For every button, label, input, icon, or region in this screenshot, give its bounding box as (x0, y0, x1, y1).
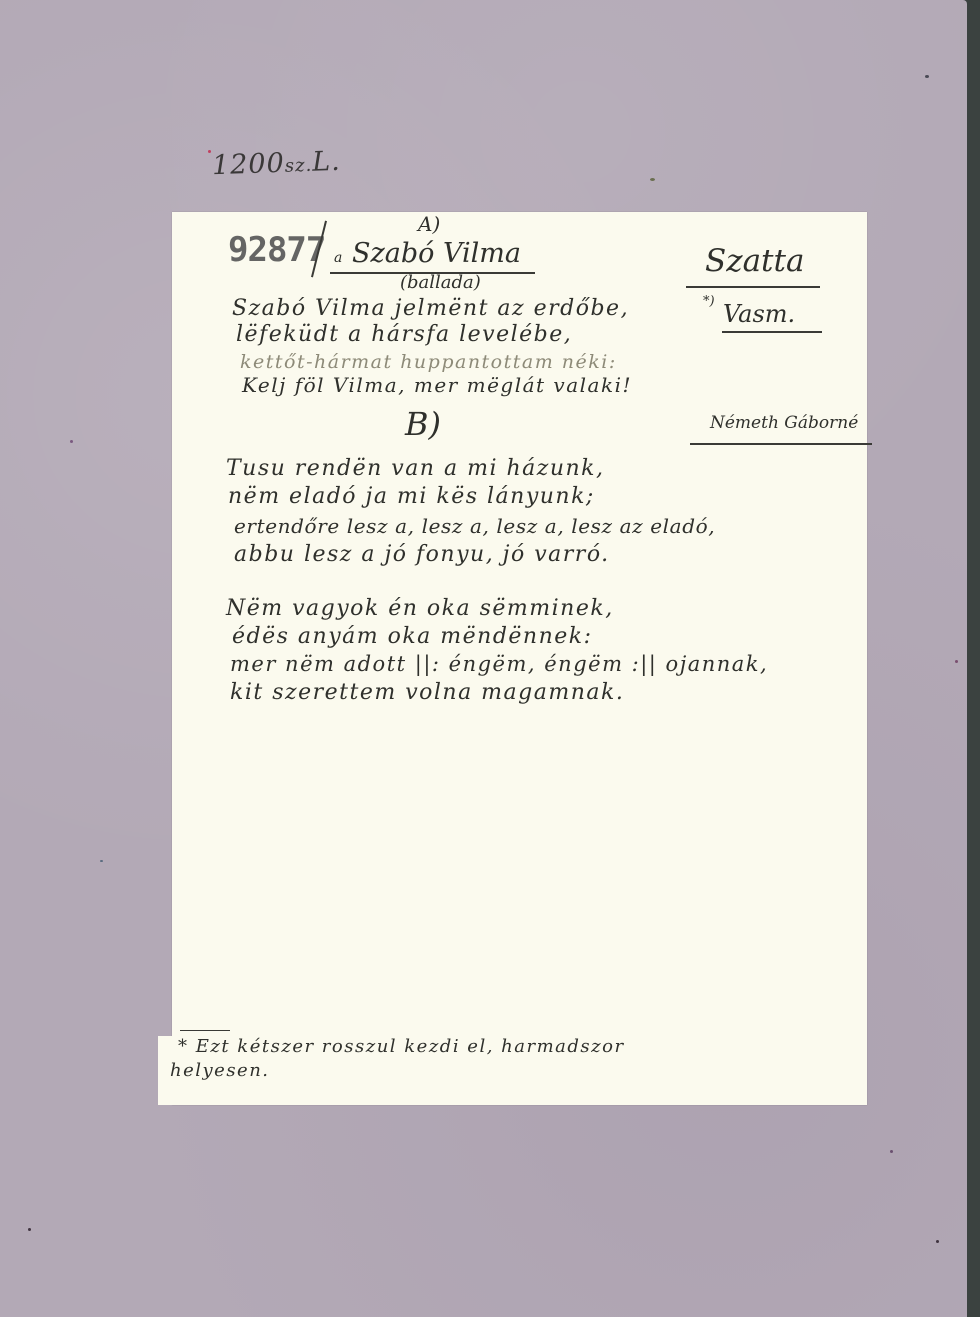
fiber-speck (100, 860, 103, 862)
scanner-edge (967, 0, 980, 1317)
verse-a-line-3: kettőt-hármat huppantottam néki: (240, 351, 617, 373)
footnote-line-1: * Ezt kétszer rosszul kezdi el, harmadsz… (178, 1036, 625, 1057)
fiber-speck (890, 1150, 893, 1153)
song-title: Szabó Vilma (352, 238, 521, 269)
verse-b2-line-4: kit szerettem volna magamnak. (230, 680, 624, 705)
catalog-note-sz: sz. (284, 155, 312, 177)
catalog-note: 1200sz.L. (211, 146, 341, 181)
song-genre: (ballada) (400, 272, 481, 293)
catalog-note-tail: L. (312, 146, 342, 178)
footnote-marker: *) (703, 294, 715, 309)
catalog-note-number: 1200 (211, 148, 285, 182)
verse-b1-line-3: ertendőre lesz a, lesz a, lesz a, lesz a… (234, 514, 715, 538)
fiber-speck (936, 1240, 939, 1243)
singer-underline (690, 443, 872, 445)
county-underline (722, 331, 822, 333)
fiber-speck (955, 660, 958, 663)
archive-stamp-number: 92877 (228, 230, 325, 270)
fiber-speck (70, 440, 73, 443)
singer-name: Németh Gáborné (710, 413, 858, 433)
verse-b1-line-1: Tusu rendën van a mi házunk, (226, 456, 605, 481)
verse-a-line-2: lëfeküdt a hársfa levelébe, (236, 322, 572, 347)
fiber-speck (925, 75, 929, 78)
verse-b2-line-3: mer nëm adott ||: éngëm, éngëm :|| ojann… (230, 652, 768, 676)
verse-b1-line-2: nëm eladó ja mi kës lányunk; (228, 484, 595, 509)
fiber-speck (28, 1228, 31, 1231)
verse-a-line-1: Szabó Vilma jelmënt az erdőbe, (232, 296, 629, 321)
verse-a-line-4: Kelj föl Vilma, mer mëglát valaki! (242, 373, 632, 397)
verse-b2-line-1: Nëm vagyok én oka sëmminek, (226, 596, 614, 621)
stamp-suffix: a (334, 250, 342, 266)
verse-b1-line-4: abbu lesz a jó fonyu, jó varró. (234, 542, 610, 567)
footnote-line-2: helyesen. (170, 1060, 270, 1081)
place-underline (686, 286, 820, 288)
county-abbreviation: Vasm. (723, 300, 795, 328)
footnote-rule (180, 1030, 230, 1031)
section-b-label: B) (405, 405, 441, 443)
verse-b2-line-2: édës anyám oka mëndënnek: (232, 624, 593, 649)
collection-place: Szatta (705, 243, 804, 279)
section-a-label: A) (418, 212, 440, 236)
fiber-speck (650, 178, 655, 181)
